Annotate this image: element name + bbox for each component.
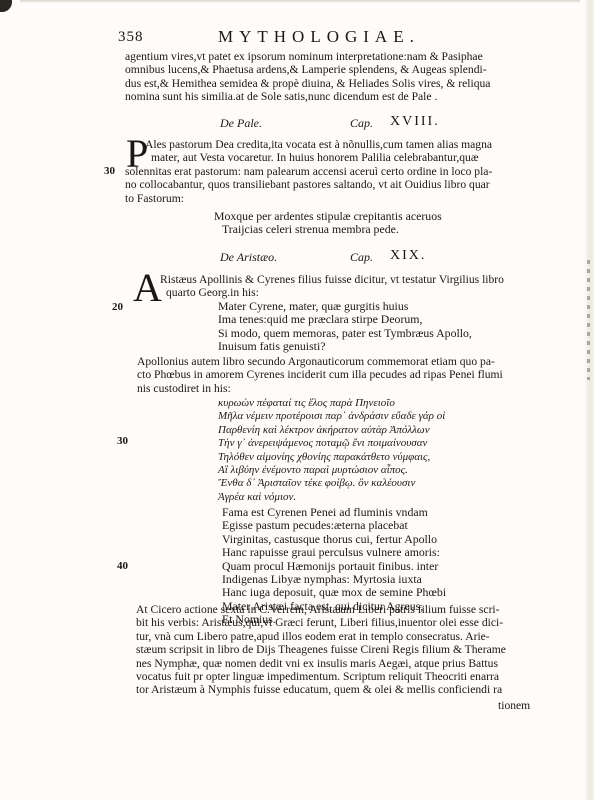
virgil-verse: Mater Cyrene, mater, quæ gurgitis huius … [218, 300, 472, 354]
cicero-paragraph: At Cicero actione sexta in C.Verrem, Ari… [136, 603, 556, 697]
page-top-edge [20, 0, 580, 3]
verse-line: Egisse pastum pecudes:æterna placebat [222, 519, 446, 532]
chapter-heading-19: De Aristæo. Cap. XIX. [220, 250, 520, 266]
text-line: At Cicero actione sexta in C.Verrem, Ari… [136, 603, 556, 616]
verse-line: Μῆλα νέμειν προτέροισι παρ᾽ ἀνδράσιν εὔα… [218, 410, 445, 423]
verse-line: Inuisum fatis genuisti? [218, 340, 472, 353]
ovid-verse: Moxque per ardentes stipulæ crepitantis … [214, 210, 442, 237]
margin-line-number: 30 [104, 165, 115, 177]
text-line: Ales pastorum Dea credita,ita vocata est… [125, 138, 535, 151]
text-line: nes Nymphæ, quæ nomen dedit vni ex insul… [136, 657, 556, 670]
text-line: dus est,& Hemithea semidea & propè diuin… [125, 77, 535, 90]
verse-line: κυρωὼν πέφαταί τις ἕλος παρὰ Πηνειοῖο [218, 397, 445, 410]
verse-line: Si modo, quem memoras, pater est Tymbræu… [218, 327, 472, 340]
text-line: bit his verbis: Aristæus,qui,vt Græci fe… [136, 616, 556, 629]
verse-line: Παρθενίη καὶ λέκτρον ἀκήρατον αὐτὰρ Ἀπόλ… [218, 424, 445, 437]
verse-line: Hanc iuga deposuit, quæ mox de semine Ph… [222, 586, 446, 599]
catchword: tionem [498, 699, 530, 712]
binding-stain [587, 260, 590, 380]
verse-line: Mater Cyrene, mater, quæ gurgitis huius [218, 300, 472, 313]
chapter-title: De Aristæo. [220, 250, 277, 265]
text-line: quarto Georg.in his: [160, 286, 560, 299]
chapter-heading-18: De Pale. Cap. XVIII. [220, 116, 520, 132]
text-line: to Fastorum: [125, 192, 535, 205]
margin-line-number: 40 [117, 560, 128, 572]
verse-line: Ἀγρέα καὶ νόμιον. [218, 491, 445, 504]
text-line: Apollonius autem libro secundo Argonauti… [137, 355, 547, 368]
verse-line: Quam procul Hæmonijs portauit finibus. i… [222, 560, 446, 573]
verse-line: Ἔνθα δ᾽ Ἀρισταῖον τέκε φοίβῳ. ὃν καλέουσ… [218, 477, 445, 490]
dropcap-a: A [133, 270, 162, 306]
verse-line: Moxque per ardentes stipulæ crepitantis … [214, 210, 442, 223]
text-line: nomina sunt his similia.at de Sole satis… [125, 90, 535, 103]
text-line: omnibus lucens,& Phaetusa ardens,& Lampe… [125, 63, 535, 76]
text-line: solennitas erat pastorum: nam palearum a… [125, 165, 535, 178]
verse-line: Virginitas, castusque thorus cui, fertur… [222, 533, 446, 546]
verse-line: Hanc rapuisse graui perculsus vulnere am… [222, 546, 446, 559]
text-line: no collocabantur, quos transiliebant pas… [125, 178, 535, 191]
running-title: MYTHOLOGIAE. [218, 27, 420, 47]
text-line: Ristæus Apollinis & Cyrenes filius fuiss… [160, 273, 560, 286]
chapter-cap-label: Cap. [350, 116, 373, 131]
chapter-18-paragraph: Ales pastorum Dea credita,ita vocata est… [125, 138, 535, 205]
text-line: mater, aut Vesta vocaretur. In huius hon… [125, 151, 535, 164]
verse-line: Τὴν γ᾽ ἀνερειψάμενος ποταμῷ ἔνι ποιμαίνο… [218, 437, 445, 450]
chapter-cap-label: Cap. [350, 250, 373, 265]
verse-line: Αἳ λιβύην ἐνέμοντο παραὶ μυρτώσιον αἶπος… [218, 464, 445, 477]
page-right-edge [584, 0, 594, 800]
text-line: nis custodiret in his: [137, 382, 547, 395]
chapter-19-intro: Ristæus Apollinis & Cyrenes filius fuiss… [160, 273, 560, 300]
verse-line: Fama est Cyrenen Penei ad fluminis vndam [222, 506, 446, 519]
text-line: stæum scripsit in libro de Dijs Theagene… [136, 643, 556, 656]
text-line: vocatus fuit pr opter linguæ impedimentu… [136, 670, 556, 683]
page-number: 358 [118, 29, 144, 46]
verse-line: Indigenas Libyæ nymphas: Myrtosia iuxta [222, 573, 446, 586]
text-line: tur, vnà cum Libero patre,apud illos eod… [136, 630, 556, 643]
verse-line: Ima tenes:quid me præclara stirpe Deorum… [218, 313, 472, 326]
text-line: cto Phœbus in amorem Cyrenes inciderit c… [137, 368, 547, 381]
page-header: 358 MYTHOLOGIAE. [118, 27, 548, 47]
chapter-title: De Pale. [220, 116, 262, 131]
verse-line: Traijcias celeri strenua membra pede. [214, 223, 442, 236]
apollonius-paragraph: Apollonius autem libro secundo Argonauti… [137, 355, 547, 395]
opening-paragraph: agentium vires,vt patet ex ipsorum nomin… [125, 50, 535, 104]
text-line: tor Aristæum à Nymphis fuisse educatum, … [136, 683, 556, 696]
margin-line-number: 30 [117, 435, 128, 447]
margin-line-number: 20 [112, 301, 123, 313]
greek-verse: κυρωὼν πέφαταί τις ἕλος παρὰ Πηνειοῖο Μῆ… [218, 397, 445, 504]
text-line: agentium vires,vt patet ex ipsorum nomin… [125, 50, 535, 63]
chapter-number: XVIII. [390, 114, 440, 130]
page-corner-shadow [0, 0, 12, 12]
verse-line: Τηλόθεν αἱμονίης χθονίης παρακάτθετο νύμ… [218, 451, 445, 464]
chapter-number: XIX. [390, 248, 426, 264]
